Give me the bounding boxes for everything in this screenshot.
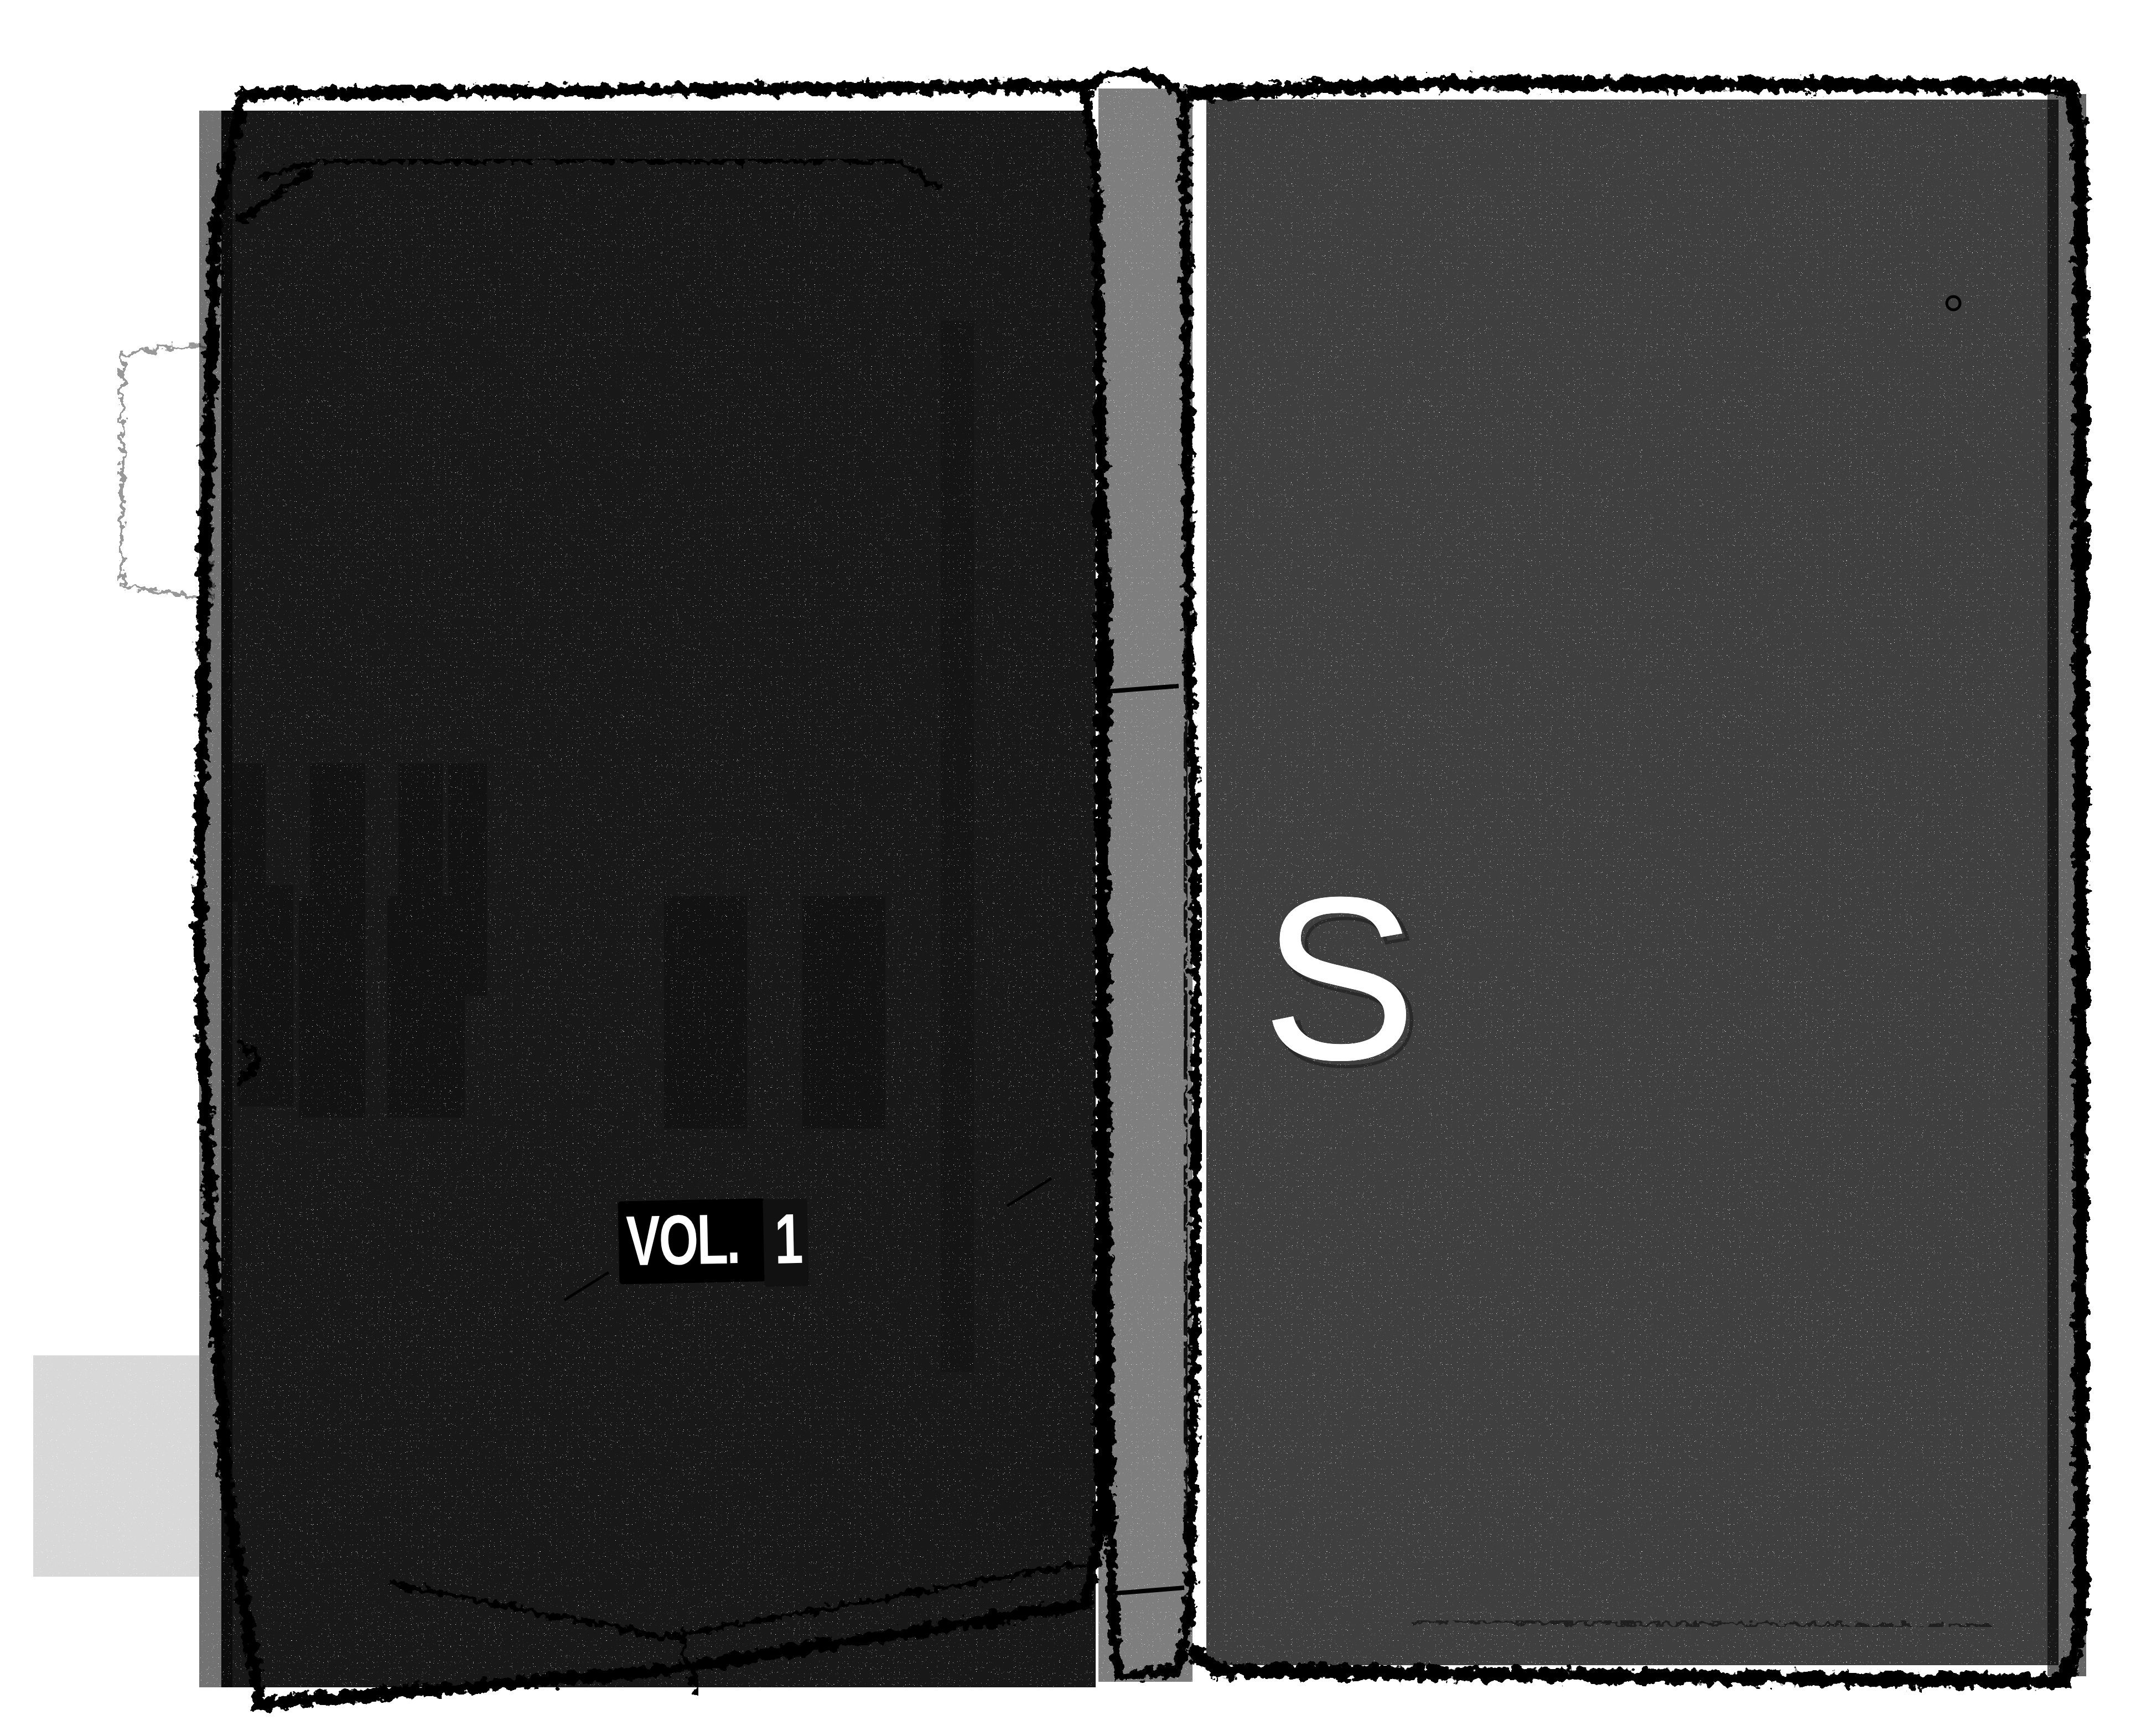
title-initial: S [1262,863,1417,1095]
left-board [122,86,1101,1704]
volume-label: VOL. 1 [618,1197,810,1288]
book-cover-scan [0,0,2136,1736]
volume-prefix: VOL. [626,1203,740,1277]
spine [1085,73,1196,1682]
volume-number: 1 [774,1203,804,1276]
